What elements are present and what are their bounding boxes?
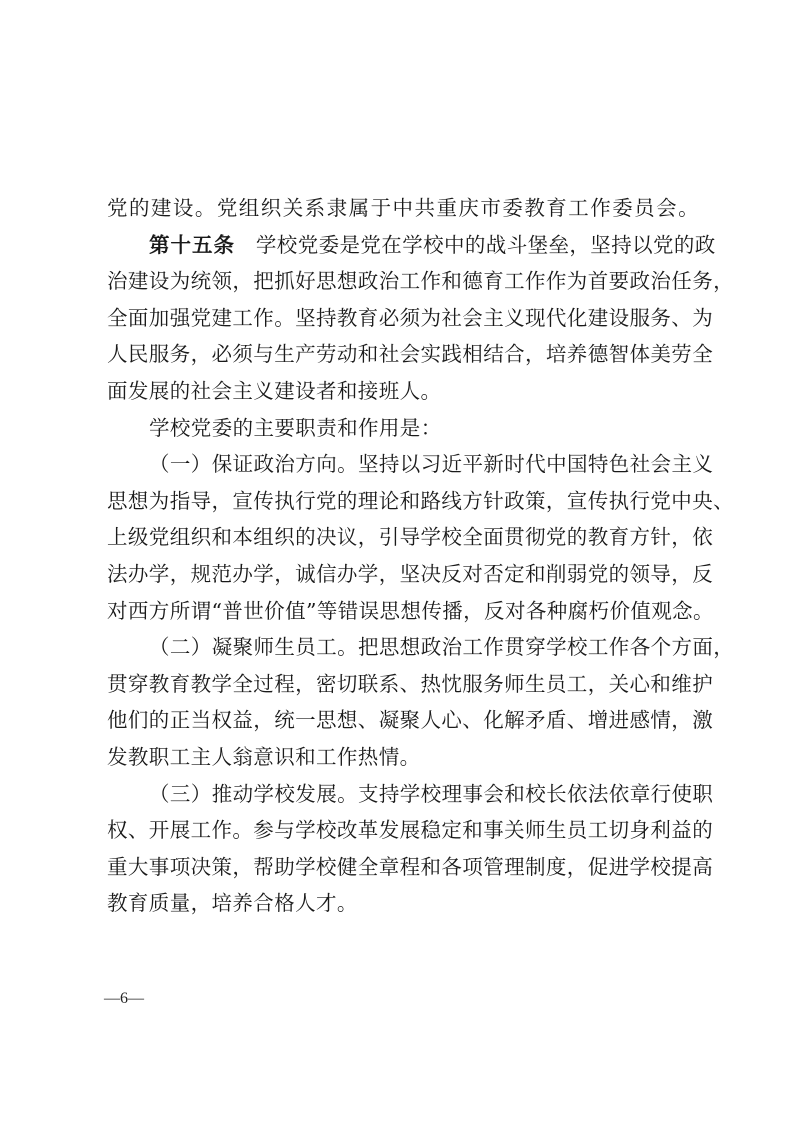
text-line: 对西方所谓“普世价值”等错误思想传播，反对各种腐朽价值观念。 [107,593,699,630]
article-text: 学校党委是党在学校中的战斗堡垒，坚持以党的政 [235,233,716,257]
document-page: 党的建设。党组织关系隶属于中共重庆市委教育工作委员会。 第十五条 学校党委是党在… [0,0,793,1122]
text-line: 贯穿教育教学全过程，密切联系、热忱服务师生员工，关心和维护 [107,666,699,703]
document-body: 党的建设。党组织关系隶属于中共重庆市委教育工作委员会。 第十五条 学校党委是党在… [107,190,699,922]
text-line: 法办学，规范办学，诚信办学，坚决反对否定和削弱党的领导，反 [107,556,699,593]
text-line: 发教职工主人翁意识和工作热情。 [107,739,699,776]
text-line: 他们的正当权益，统一思想、凝聚人心、化解矛盾、增进感情，激 [107,702,699,739]
text-line: 上级党组织和本组织的决议，引导学校全面贯彻党的教育方针，依 [107,519,699,556]
duty-3-line: （三）推动学校发展。支持学校理事会和校长依法依章行使职 [107,776,699,813]
text-line: 教育质量，培养合格人才。 [107,885,699,922]
text-line: 党的建设。党组织关系隶属于中共重庆市委教育工作委员会。 [107,190,699,227]
text-line: 治建设为统领，把抓好思想政治工作和德育工作作为首要政治任务， [107,263,699,300]
duty-2-line: （二）凝聚师生员工。把思想政治工作贯穿学校工作各个方面， [107,629,699,666]
text-line: 人民服务，必须与生产劳动和社会实践相结合，培养德智体美劳全 [107,336,699,373]
text-line: 思想为指导，宣传执行党的理论和路线方针政策，宣传执行党中央、 [107,483,699,520]
article-heading: 第十五条 [149,233,235,257]
duties-intro: 学校党委的主要职责和作用是： [107,410,699,447]
duty-1-line: （一）保证政治方向。坚持以习近平新时代中国特色社会主义 [107,446,699,483]
text-line: 重大事项决策，帮助学校健全章程和各项管理制度，促进学校提高 [107,849,699,886]
text-line: 全面加强党建工作。坚持教育必须为社会主义现代化建设服务、为 [107,300,699,337]
text-line: 权、开展工作。参与学校改革发展稳定和事关师生员工切身利益的 [107,812,699,849]
text-line: 面发展的社会主义建设者和接班人。 [107,373,699,410]
page-number: —6— [104,990,144,1008]
article-15-line: 第十五条 学校党委是党在学校中的战斗堡垒，坚持以党的政 [107,227,699,264]
